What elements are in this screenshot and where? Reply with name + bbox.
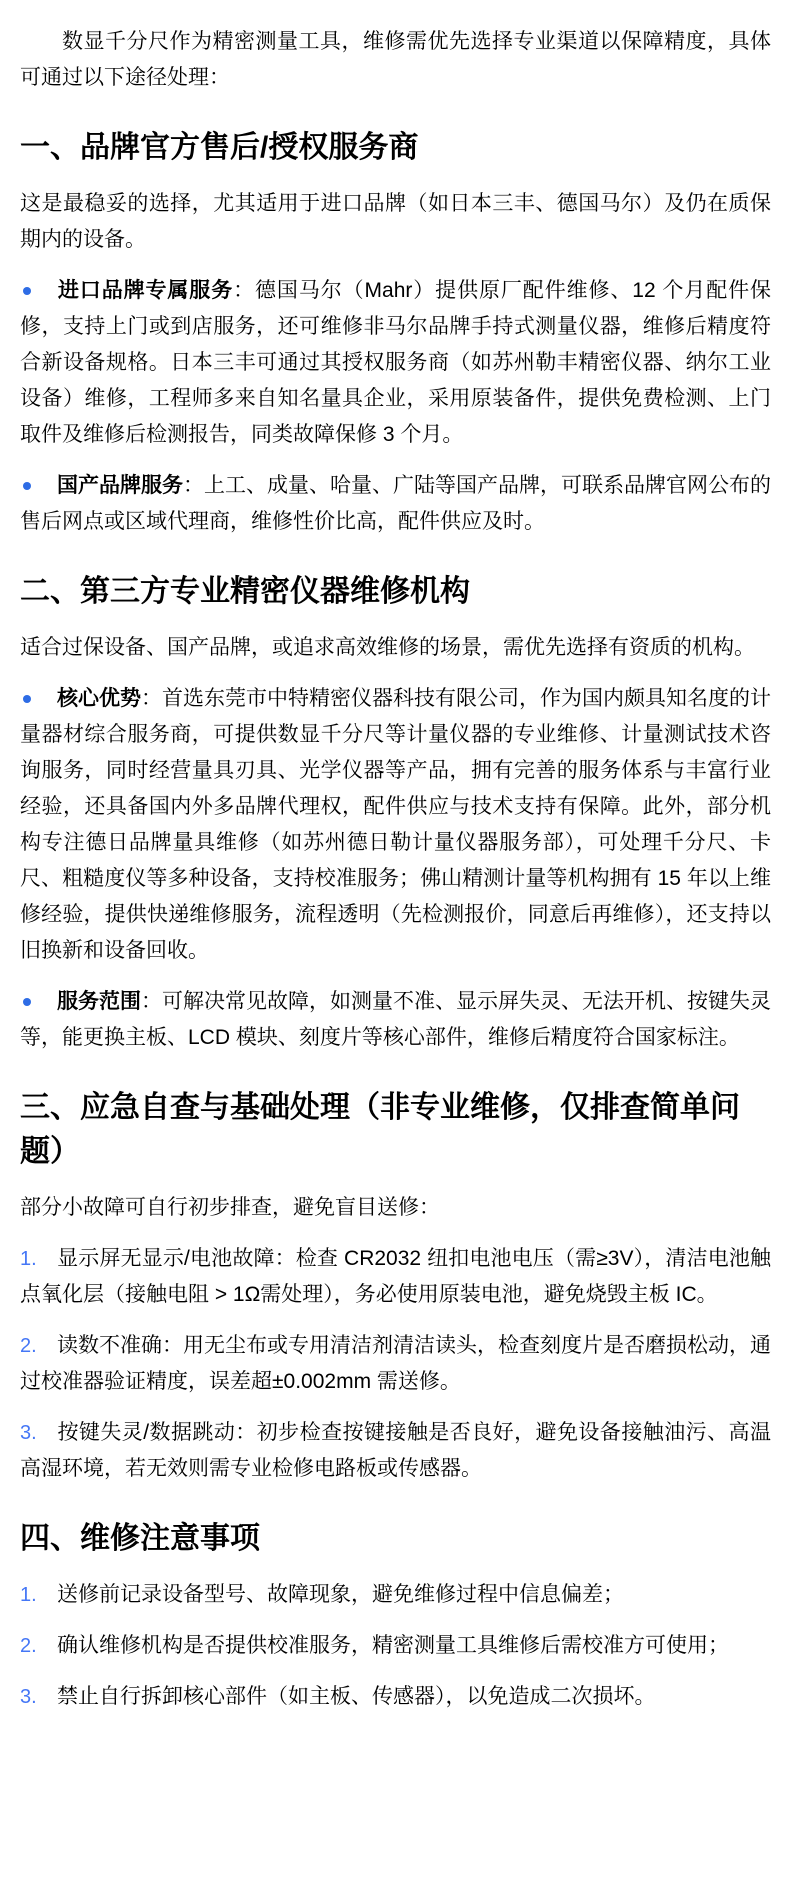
section-1-heading: 一、品牌官方售后/授权服务商: [20, 126, 771, 170]
bullet-dot-icon: [23, 695, 31, 703]
numbered-text: 禁止自行拆卸核心部件（如主板、传感器），以免造成二次损坏。: [57, 1685, 656, 1708]
section-2-heading: 二、第三方专业精密仪器维修机构: [20, 570, 771, 614]
bullet-dot-icon: [23, 998, 31, 1006]
list-number: 3.: [20, 1679, 57, 1715]
section-3-heading: 三、应急自查与基础处理（非专业维修，仅排查简单问题）: [20, 1086, 771, 1174]
intro-paragraph: 数显千分尺作为精密测量工具，维修需优先选择专业渠道以保障精度，具体可通过以下途径…: [20, 24, 771, 96]
list-number: 3.: [20, 1415, 57, 1451]
bullet-icon: [20, 468, 57, 504]
numbered-item: 3.禁止自行拆卸核心部件（如主板、传感器），以免造成二次损坏。: [20, 1679, 771, 1715]
list-number: 1.: [20, 1577, 57, 1613]
numbered-item: 3.按键失灵/数据跳动：初步检查按键接触是否良好，避免设备接触油污、高温高湿环境…: [20, 1415, 771, 1487]
section-4-heading: 四、维修注意事项: [20, 1517, 771, 1561]
bullet-label: 核心优势: [57, 687, 141, 710]
numbered-item: 1.显示屏无显示/电池故障：检查 CR2032 纽扣电池电压（需≥3V），清洁电…: [20, 1241, 771, 1313]
numbered-text: 按键失灵/数据跳动：初步检查按键接触是否良好，避免设备接触油污、高温高湿环境，若…: [20, 1421, 771, 1480]
bullet-dot-icon: [23, 482, 31, 490]
bullet-label: 国产品牌服务: [57, 474, 183, 497]
bullet-dot-icon: [23, 287, 31, 295]
bullet-item: 国产品牌服务：上工、成量、哈量、广陆等国产品牌，可联系品牌官网公布的售后网点或区…: [20, 468, 771, 540]
bullet-item: 核心优势：首选东莞市中特精密仪器科技有限公司，作为国内颇具知名度的计量器材综合服…: [20, 681, 771, 969]
document-body: 数显千分尺作为精密测量工具，维修需优先选择专业渠道以保障精度，具体可通过以下途径…: [0, 0, 791, 1774]
section-1-lead: 这是最稳妥的选择，尤其适用于进口品牌（如日本三丰、德国马尔）及仍在质保期内的设备…: [20, 186, 771, 258]
bullet-icon: [20, 984, 57, 1020]
list-number: 2.: [20, 1628, 57, 1664]
numbered-text: 显示屏无显示/电池故障：检查 CR2032 纽扣电池电压（需≥3V），清洁电池触…: [20, 1247, 771, 1306]
bullet-item: 服务范围：可解决常见故障，如测量不准、显示屏失灵、无法开机、按键失灵等，能更换主…: [20, 984, 771, 1056]
bullet-label: 进口品牌专属服务: [57, 279, 233, 302]
bullet-text: ：德国马尔（Mahr）提供原厂配件维修、12 个月配件保修，支持上门或到店服务，…: [20, 279, 771, 446]
bullet-label: 服务范围: [57, 990, 141, 1013]
bullet-icon: [20, 273, 57, 309]
bullet-text: ：首选东莞市中特精密仪器科技有限公司，作为国内颇具知名度的计量器材综合服务商，可…: [20, 687, 771, 962]
bullet-icon: [20, 681, 57, 717]
numbered-text: 确认维修机构是否提供校准服务，精密测量工具维修后需校准方可使用；: [57, 1634, 729, 1657]
numbered-text: 读数不准确：用无尘布或专用清洁剂清洁读头，检查刻度片是否磨损松动，通过校准器验证…: [20, 1334, 771, 1393]
numbered-item: 2.读数不准确：用无尘布或专用清洁剂清洁读头，检查刻度片是否磨损松动，通过校准器…: [20, 1328, 771, 1400]
list-number: 2.: [20, 1328, 57, 1364]
section-3-lead: 部分小故障可自行初步排查，避免盲目送修：: [20, 1190, 771, 1226]
list-number: 1.: [20, 1241, 57, 1277]
numbered-item: 1.送修前记录设备型号、故障现象，避免维修过程中信息偏差；: [20, 1577, 771, 1613]
bullet-item: 进口品牌专属服务：德国马尔（Mahr）提供原厂配件维修、12 个月配件保修，支持…: [20, 273, 771, 453]
numbered-item: 2.确认维修机构是否提供校准服务，精密测量工具维修后需校准方可使用；: [20, 1628, 771, 1664]
section-2-lead: 适合过保设备、国产品牌，或追求高效维修的场景，需优先选择有资质的机构。: [20, 630, 771, 666]
numbered-text: 送修前记录设备型号、故障现象，避免维修过程中信息偏差；: [57, 1583, 624, 1606]
